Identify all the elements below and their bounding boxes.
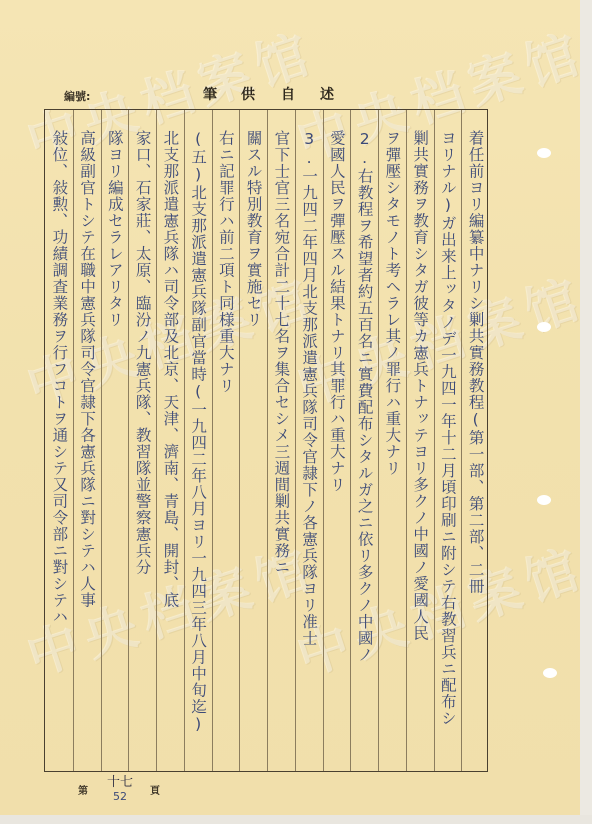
scan-margin-right (580, 0, 592, 824)
manuscript-column: 敍位、敍勲、功績調査業務ヲ行フコトヲ通シテ又司令部ニ對シテハ (45, 130, 72, 760)
page-suffix: 頁 (150, 782, 160, 797)
manuscript-column: 關スル特別教育ヲ實施セリ (240, 130, 267, 760)
page-number: 十七 52 (107, 776, 133, 804)
manuscript-column: 2.右教程ヲ希望者約五百名ニ實費配布シタルガ之ニ依リ多クノ中國ノ (351, 130, 378, 760)
manuscript-column: 右ニ記罪行ハ前二項ト同様重大ナリ (212, 130, 239, 760)
document-page: 中央档案馆 中央档案馆 中央档案馆 中央档案馆 中央档案馆 中央档案馆 編號: … (0, 0, 580, 815)
page-number-sub: 52 (107, 790, 133, 804)
title-char: 供 (241, 84, 255, 104)
title-char: 筆 (203, 84, 217, 104)
file-number-label: 編號: (64, 88, 90, 104)
manuscript-grid: 着任前ヨリ編纂中ナリシ剿共實務教程(第一部、第二部、二冊ヨリナル)ガ出来上ッタノ… (44, 109, 488, 772)
manuscript-column: 愛國人民ヲ彈壓スル結果トナリ其罪行ハ重大ナリ (323, 130, 350, 760)
title-char: 自 (281, 84, 295, 104)
manuscript-column: 高級副官トシテ在職中憲兵隊司令官隷下各憲兵隊ニ對シテハ人事 (73, 130, 100, 760)
manuscript-column: 着任前ヨリ編纂中ナリシ剿共實務教程(第一部、第二部、二冊 (462, 130, 489, 760)
binder-hole (537, 148, 551, 158)
scan-margin-bottom (0, 815, 592, 824)
binder-hole (537, 322, 551, 332)
manuscript-column: ヨリナル)ガ出来上ッタノデ一九四一年十二月頃印刷ニ附シテ右教習兵ニ配布シ (434, 130, 461, 760)
page-prefix: 第 (78, 782, 88, 797)
binder-hole (537, 495, 551, 505)
manuscript-column: 3.一九四二年四月北支那派遣憲兵隊司令官隷下ノ各憲兵隊ヨリ准士 (295, 130, 322, 760)
manuscript-column: 北支那派遣憲兵隊ハ司令部及北京、天津、濟南、青島、開封、底 (156, 130, 183, 760)
title-char: 述 (320, 84, 334, 104)
manuscript-column: (五)北支那派遣憲兵隊副官當時(一九四二年八月ヨリ一九四三年八月中旬迄) (184, 130, 211, 760)
page-number-main: 十七 (107, 775, 133, 790)
binder-hole (543, 668, 557, 678)
manuscript-column: 官下士官三名宛合計二十七名ヲ集合セシメ三週間剿共實務ニ (267, 130, 294, 760)
manuscript-column: 隊ヨリ編成セラレアリタリ (101, 130, 128, 760)
manuscript-column: 剿共實務ヲ教育シタガ彼等カ憲兵トナッテヨリ多クノ中國ノ愛國人民 (406, 130, 433, 760)
manuscript-column: 家口、石家莊、太原、臨汾ノ九憲兵隊、教習隊並警察憲兵分 (129, 130, 156, 760)
manuscript-column: ヲ彈壓シタモノト考ヘラレ其ノ罪行ハ重大ナリ (378, 130, 405, 760)
